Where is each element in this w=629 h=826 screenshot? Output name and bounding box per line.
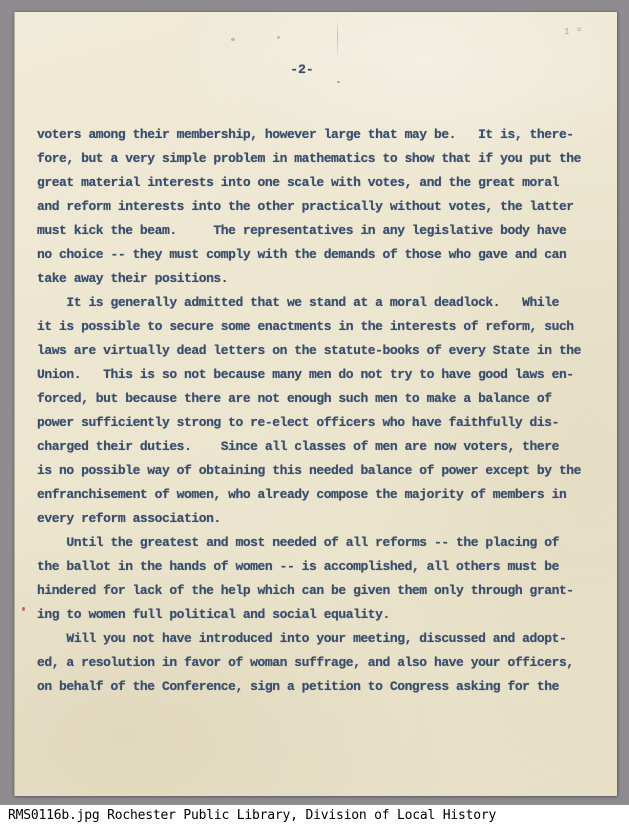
ink-speck — [337, 81, 340, 83]
scan-background: 1 = -2- voters among their membership, h… — [0, 0, 629, 826]
caption-text: RMS0116b.jpg Rochester Public Library, D… — [8, 808, 496, 823]
red-speck — [22, 607, 25, 611]
paper-mark — [277, 36, 280, 39]
typewritten-text: voters among their membership, however l… — [37, 123, 612, 699]
page-number: -2- — [1, 62, 603, 77]
caption-bar: RMS0116b.jpg Rochester Public Library, D… — [0, 805, 629, 826]
pencil-annotation: 1 = — [563, 25, 583, 38]
document-page: 1 = -2- voters among their membership, h… — [14, 12, 617, 796]
paper-mark — [231, 38, 235, 41]
paper-crease-mark — [337, 16, 338, 58]
